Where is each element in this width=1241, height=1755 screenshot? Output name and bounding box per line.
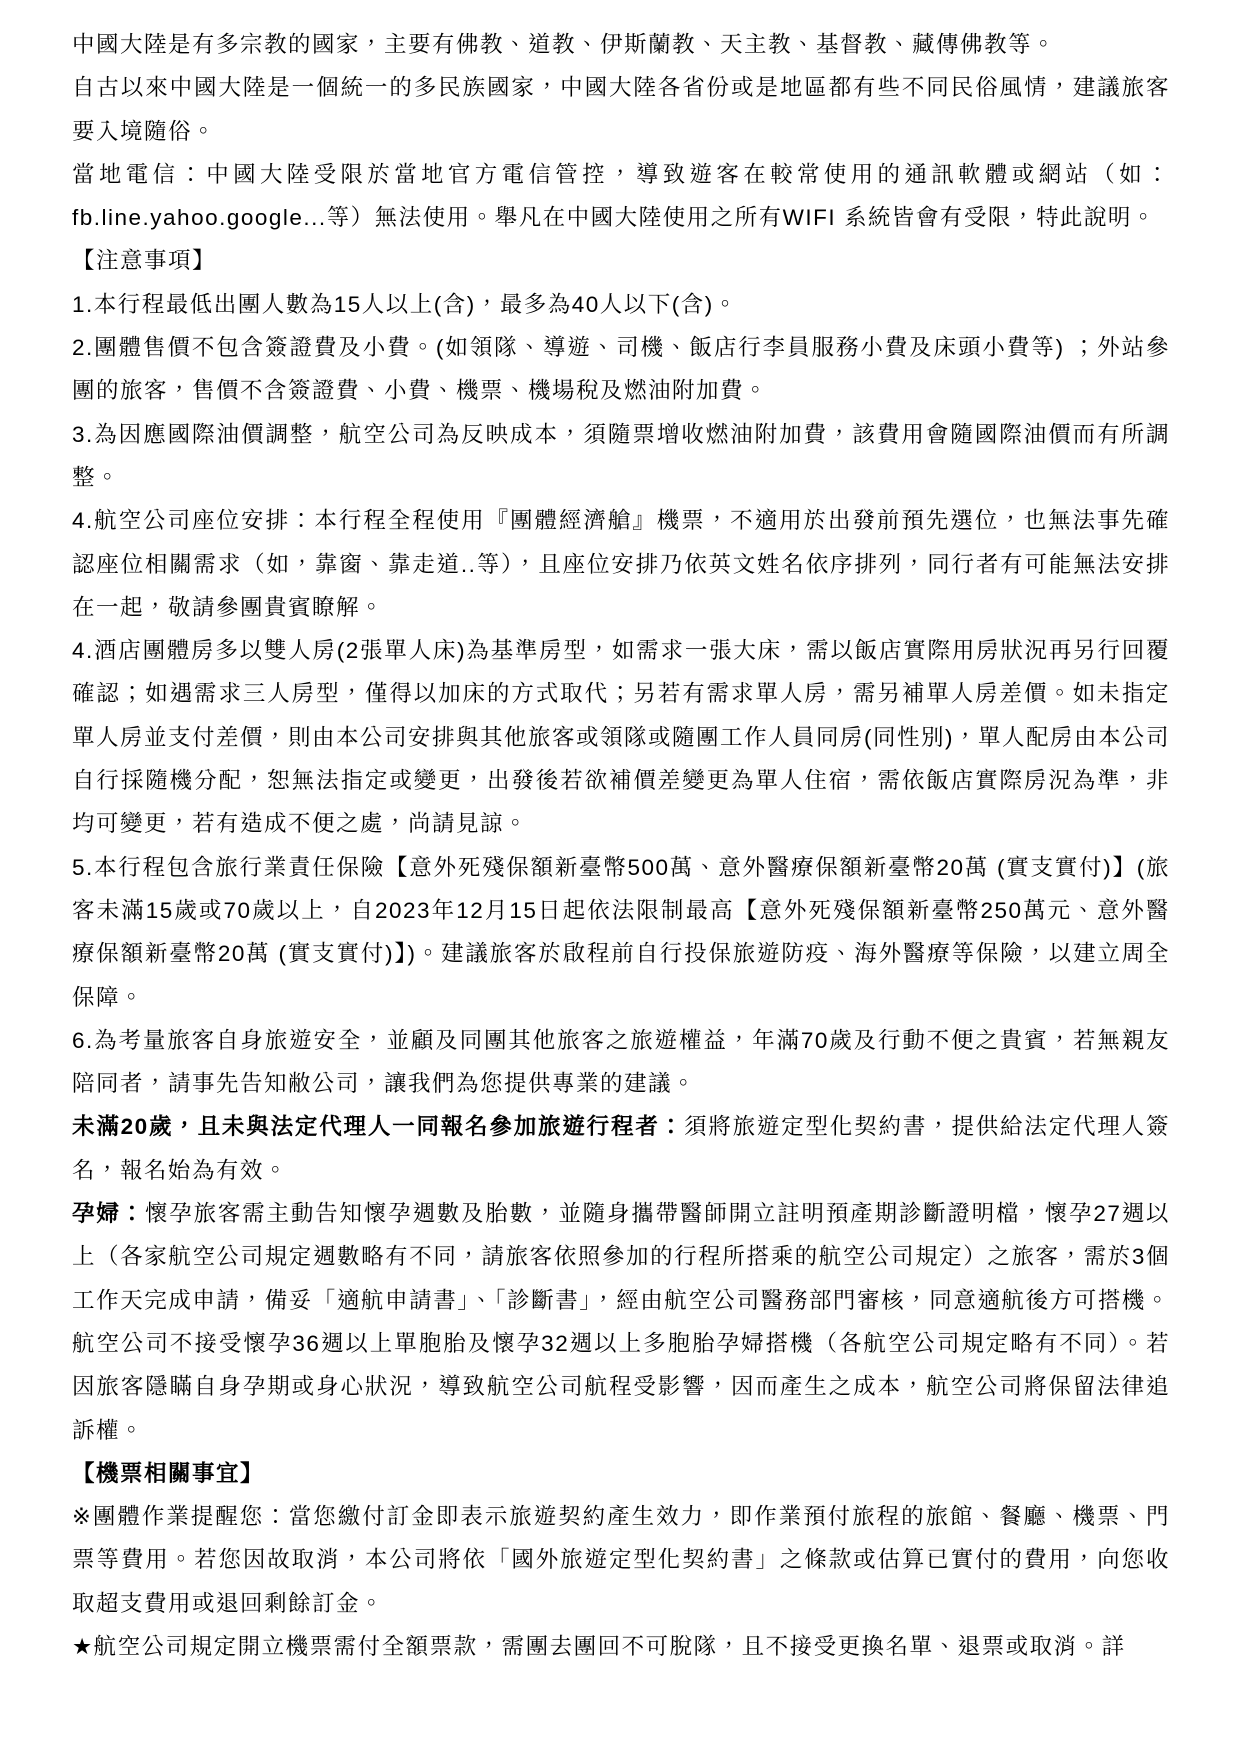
notice-ticket-rules: ★航空公司規定開立機票需付全額票款，需團去團回不可脫隊，且不接受更換名單、退票或… xyxy=(72,1625,1170,1668)
paragraph-text: ★航空公司規定開立機票需付全額票款，需團去團回不可脫隊，且不接受更換名單、退票或… xyxy=(72,1634,1126,1659)
paragraph-text: 6.為考量旅客自身旅遊安全，並顧及同團其他旅客之旅遊權益，年滿70歲及行動不便之… xyxy=(72,1028,1170,1096)
notice-item-3-fuel-surcharge: 3.為因應國際油價調整，航空公司為反映成本，須隨票增收燃油附加費，該費用會隨國際… xyxy=(72,413,1170,500)
paragraph-religion: 中國大陸是有多宗教的國家，主要有佛教、道教、伊斯蘭教、天主教、基督教、藏傳佛教等… xyxy=(72,23,1170,66)
paragraph-text: 5.本行程包含旅行業責任保險【意外死殘保額新臺幣500萬、意外醫療保額新臺幣20… xyxy=(72,855,1170,1010)
notice-pregnant-traveler: 孕婦：懷孕旅客需主動告知懷孕週數及胎數，並隨身攜帶醫師開立註明預產期診斷證明檔，… xyxy=(72,1192,1170,1452)
paragraph-lead-minor: 未滿20歲，且未與法定代理人一同報名參加旅遊行程者： xyxy=(72,1114,684,1139)
paragraph-text: 3.為因應國際油價調整，航空公司為反映成本，須隨票增收燃油附加費，該費用會隨國際… xyxy=(72,422,1170,490)
paragraph-text: ※團體作業提醒您：當您繳付訂金即表示旅遊契約產生效力，即作業預付旅程的旅館、餐廳… xyxy=(72,1504,1170,1616)
paragraph-text: 自古以來中國大陸是一個統一的多民族國家，中國大陸各省份或是地區都有些不同民俗風情… xyxy=(72,75,1170,143)
section-title-text: 【機票相關事宜】 xyxy=(72,1461,264,1486)
notice-item-4-hotel-rooms: 4.酒店團體房多以雙人房(2張單人床)為基準房型，如需求一張大床，需以飯店實際用… xyxy=(72,629,1170,845)
paragraph-text: 4.酒店團體房多以雙人房(2張單人床)為基準房型，如需求一張大床，需以飯店實際用… xyxy=(72,638,1170,836)
notice-item-5-insurance: 5.本行程包含旅行業責任保險【意外死殘保額新臺幣500萬、意外醫療保額新臺幣20… xyxy=(72,846,1170,1019)
section-title-tickets: 【機票相關事宜】 xyxy=(72,1452,1170,1495)
paragraph-text: 4.航空公司座位安排：本行程全程使用『團體經濟艙』機票，不適用於出發前預先選位，… xyxy=(72,508,1170,620)
notice-deposit-contract: ※團體作業提醒您：當您繳付訂金即表示旅遊契約產生效力，即作業預付旅程的旅館、餐廳… xyxy=(72,1495,1170,1625)
section-title-text: 【注意事項】 xyxy=(72,248,216,273)
notice-item-6-senior-safety: 6.為考量旅客自身旅遊安全，並顧及同團其他旅客之旅遊權益，年滿70歲及行動不便之… xyxy=(72,1019,1170,1106)
notice-item-2-price-excludes: 2.團體售價不包含簽證費及小費。(如領隊、導遊、司機、飯店行李員服務小費及床頭小… xyxy=(72,326,1170,413)
paragraph-text: 當地電信：中國大陸受限於當地官方電信管控，導致遊客在較常使用的通訊軟體或網站（如… xyxy=(72,162,1170,230)
notice-item-1-group-size: 1.本行程最低出團人數為15人以上(含)，最多為40人以下(含)。 xyxy=(72,283,1170,326)
travel-terms-document: 中國大陸是有多宗教的國家，主要有佛教、道教、伊斯蘭教、天主教、基督教、藏傳佛教等… xyxy=(0,0,1241,1755)
section-title-notes: 【注意事項】 xyxy=(72,239,1170,282)
notice-item-4-seating: 4.航空公司座位安排：本行程全程使用『團體經濟艙』機票，不適用於出發前預先選位，… xyxy=(72,499,1170,629)
paragraph-text: 1.本行程最低出團人數為15人以上(含)，最多為40人以下(含)。 xyxy=(72,292,738,317)
paragraph-lead-pregnant: 孕婦： xyxy=(72,1201,145,1226)
notice-minor-contract: 未滿20歲，且未與法定代理人一同報名參加旅遊行程者：須將旅遊定型化契約書，提供給… xyxy=(72,1105,1170,1192)
paragraph-text: 2.團體售價不包含簽證費及小費。(如領隊、導遊、司機、飯店行李員服務小費及床頭小… xyxy=(72,335,1170,403)
paragraph-text: 懷孕旅客需主動告知懷孕週數及胎數，並隨身攜帶醫師開立註明預產期診斷證明檔，懷孕2… xyxy=(72,1201,1170,1442)
paragraph-telecom: 當地電信：中國大陸受限於當地官方電信管控，導致遊客在較常使用的通訊軟體或網站（如… xyxy=(72,153,1170,240)
paragraph-text: 中國大陸是有多宗教的國家，主要有佛教、道教、伊斯蘭教、天主教、基督教、藏傳佛教等… xyxy=(72,32,1056,57)
paragraph-customs: 自古以來中國大陸是一個統一的多民族國家，中國大陸各省份或是地區都有些不同民俗風情… xyxy=(72,66,1170,153)
